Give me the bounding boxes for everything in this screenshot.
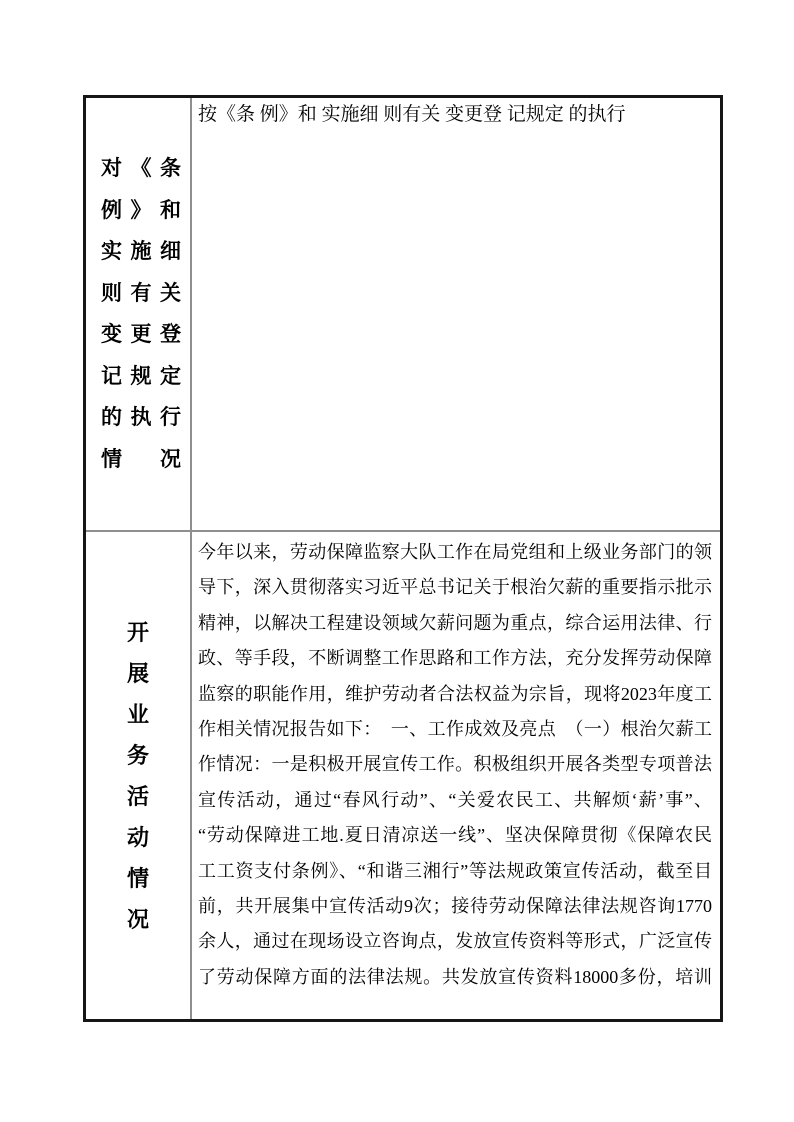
regulation-execution-text: 按《条 例》和 实施细 则有关 变更登 记规定 的执行 — [198, 102, 710, 128]
row2-header-char: 活 — [127, 776, 149, 817]
activity-report-line: 宣传活动，通过“春风行动”、“关爱农民工、共解烦‘薪’事”、 — [198, 783, 712, 818]
activity-report-line: 作相关情况报告如下： 一、工作成效及亮点 （一）根治欠薪工 — [198, 712, 712, 747]
row1-header-line: 实施细 — [101, 231, 181, 273]
activity-report-line: 工工资支付条例》、“和谐三湘行”等法规政策宣传活动，截至目 — [198, 854, 712, 889]
row2-header-char: 开 — [127, 612, 149, 653]
row2-header-char: 情 — [127, 858, 149, 899]
activity-report-line: 精神，以解决工程建设领域欠薪问题为重点，综合运用法律、行 — [198, 606, 712, 641]
activity-report-line: 今年以来，劳动保障监察大队工作在局党组和上级业务部门的领 — [198, 535, 712, 570]
row1-header-cell: 对《条 例》和 实施细 则有关 变更登 记规定 的执行 情 况 — [86, 98, 192, 532]
row1-header-line: 记规定 — [101, 356, 181, 398]
row1-header-line: 例》和 — [101, 190, 181, 232]
document-table: 对《条 例》和 实施细 则有关 变更登 记规定 的执行 情 况 按《条 例》和 … — [83, 95, 723, 1022]
activity-report-line: 余人，通过在现场设立咨询点，发放宣传资料等形式，广泛宣传 — [198, 924, 712, 959]
row2-header-char: 务 — [127, 735, 149, 776]
activity-report-line: 导下，深入贯彻落实习近平总书记关于根治欠薪的重要指示批示 — [198, 570, 712, 605]
activity-report-line: “劳动保障进工地.夏日清凉送一线”、坚决保障贯彻《保障农民 — [198, 818, 712, 853]
row1-header-line: 的执行 — [101, 397, 181, 439]
row1-header-line: 则有关 — [101, 273, 181, 315]
activity-report-line: 政、等手段，不断调整工作思路和工作方法，充分发挥劳动保障 — [198, 641, 712, 676]
row2-content-cell: 今年以来，劳动保障监察大队工作在局党组和上级业务部门的领 导下，深入贯彻落实习近… — [192, 532, 720, 1019]
activity-report-line: 前，共开展集中宣传活动9次；接待劳动保障法律法规咨询1770 — [198, 889, 712, 924]
row2-header-char: 展 — [127, 653, 149, 694]
activity-report-line: 作情况：一是积极开展宣传工作。积极组织开展各类型专项普法 — [198, 747, 712, 782]
activity-report-line: 了劳动保障方面的法律法规。共发放宣传资料18000多份，培训 — [198, 960, 712, 995]
row1-header-line: 变更登 — [101, 314, 181, 356]
row1-content-cell: 按《条 例》和 实施细 则有关 变更登 记规定 的执行 — [192, 98, 720, 532]
row1-header-line: 对《条 — [101, 148, 181, 190]
row2-header-char: 动 — [127, 817, 149, 858]
row1-header-line: 情 况 — [101, 439, 181, 481]
row2-header-char: 业 — [127, 694, 149, 735]
row2-header-char: 况 — [127, 899, 149, 940]
activity-report-line: 监察的职能作用，维护劳动者合法权益为宗旨，现将2023年度工 — [198, 677, 712, 712]
row2-header-cell: 开 展 业 务 活 动 情 况 — [86, 532, 192, 1019]
